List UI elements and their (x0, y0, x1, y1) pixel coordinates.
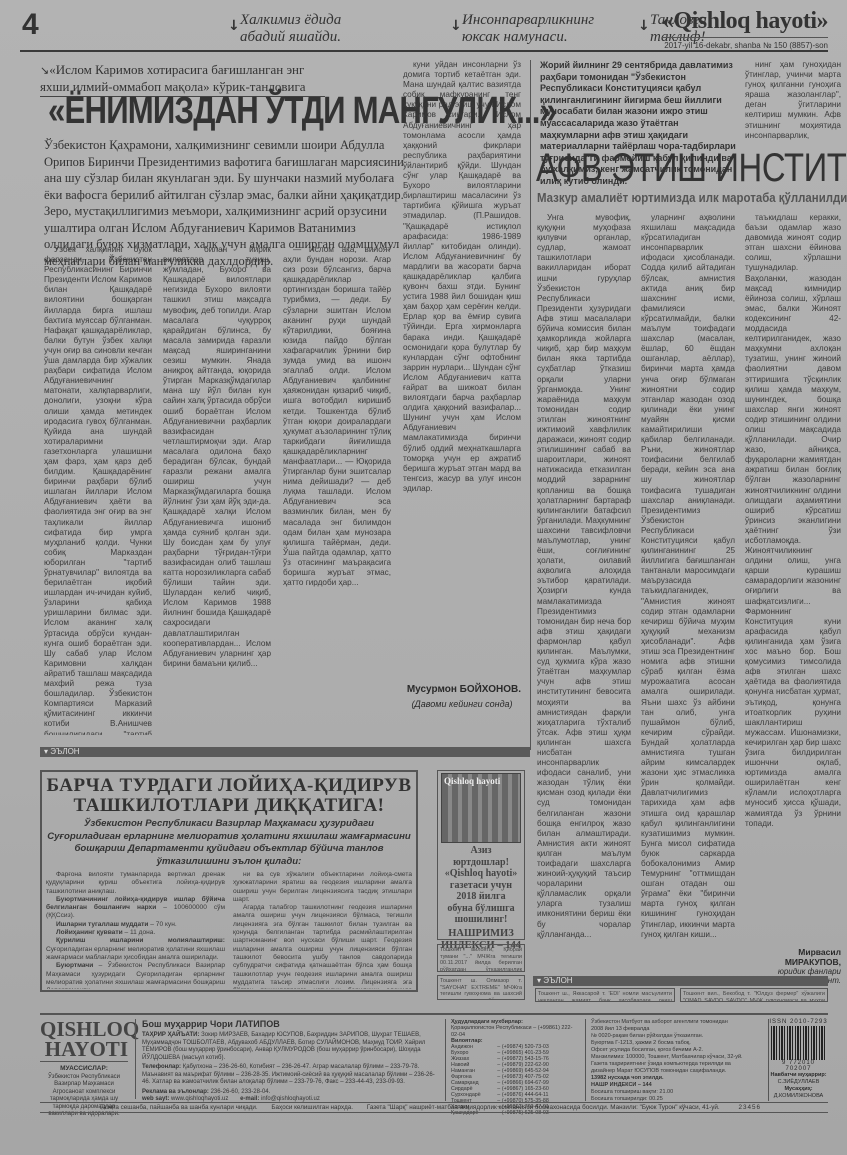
article-intro-aside: нинг ҳам гуноҳидан ўтинглар, учинчи март… (745, 60, 841, 142)
author-signature-right: Мирвасил МИРАКУПОВ, (745, 947, 841, 967)
article-column-3: — Ислом ака, вилоят аҳли бундан норози. … (283, 245, 391, 675)
article-column-2: на билан йирик вилоятлар тузиш, жумладан… (163, 245, 271, 735)
teaser-1[interactable]: Халкимиз ёдида абадий яшайди. (228, 12, 341, 46)
newspaper-thumbnail: Qishloq hayoti (441, 773, 521, 843)
notice-2: Тошкент ш. Олмазор т. "SAYOHAT EXTREME" … (437, 975, 525, 1000)
regional-correspondents: Ҳудудлардаги мухбирлар: Қорақалпоғистон … (445, 1019, 575, 1101)
barcode-block: ISSN 2010-7293 9 772010 702007 Навбатчи … (768, 1019, 828, 1101)
article-right-column-2: уларнинг аҳволини яхшилаш мақсадида кўрс… (641, 213, 735, 970)
article-column-4: куни уйдан инсонларни ўз домига тортиб к… (403, 60, 521, 675)
author-signature: Мусурмон БОЙХОНОВ. (403, 684, 521, 695)
issn: ISSN 2010-7293 (769, 1019, 828, 1025)
imprint: QISHLOQ HAYOTI МУАССИСЛАР: Ўзбекистон Ре… (40, 1013, 828, 1113)
barcode-icon (771, 1026, 827, 1060)
issue-date: 2017-yil 16-dekabr, shanba № 150 (8857)-… (662, 37, 828, 50)
promo-text: Азиз юртдошлар! «Qishloq hayoti» газетас… (440, 845, 522, 926)
continuation-note: (Давоми кейинги сонда) (403, 699, 521, 709)
newspaper-page: 4 Халкимиз ёдида абадий яшайди. Инсонпар… (0, 0, 847, 1155)
column-divider (530, 60, 531, 750)
editorial-board: Бош муҳаррир Чори ЛАТИПОВ ТАҲРИР ҲАЙЪАТИ… (135, 1019, 435, 1099)
article-column-1: Ўзбек халқининг буюк фарзанди, Ўзбекисто… (44, 245, 152, 735)
notice-1: Тошкент вилояти, Қибрай тумани "..." МЧЖ… (437, 944, 525, 972)
announcement-bar-right: ▾ ЭЪЛОН (533, 976, 828, 986)
announcement-bar: ▾ ЭЪЛОН (40, 747, 530, 757)
ad-subtitle: Ўзбекистон Республикаси Вазирлар Маҳкама… (46, 818, 412, 868)
teaser-2[interactable]: Инсонпарварликнинг юксак намунаси. (450, 12, 594, 46)
print-code: 23456 (738, 1103, 761, 1112)
newspaper-name: «Qishloq hayoti» (662, 8, 828, 35)
barcode-digits: 9 772010 702007 (769, 1060, 828, 1072)
article-headline-right: АФВ ЭТИШ ИНСТИТУТИ (536, 146, 847, 191)
notice-3: Тошкент ш., Яккасарой т. 'EDI' номли мас… (535, 988, 675, 1002)
brand: «Qishloq hayoti» 2017-yil 16-dekabr, sha… (662, 8, 828, 50)
ad-body: Фарғона вилояти туманларида вертикал дре… (46, 871, 412, 989)
footer-line: Газета сешанба, пайшанба ва шанба кунлар… (40, 1102, 828, 1113)
masthead: 4 Халкимиз ёдида абадий яшайди. Инсонпар… (20, 6, 828, 52)
ad-left-column: Фарғона вилояти туманларида вертикал дре… (46, 871, 225, 989)
notice-4: Тошкент вил., Бекобод т. "Юлдуз фермер" … (680, 988, 828, 1002)
page-number: 4 (22, 8, 39, 42)
article-signature-block: Мусурмон БОЙХОНОВ. (Давоми кейинги сонда… (403, 680, 521, 709)
chief-editor: Бош муҳаррир Чори ЛАТИПОВ (142, 1019, 435, 1029)
article-subheadline: Мазкур амалиёт юртимизда илк маротаба қў… (537, 190, 847, 205)
article-right-column-1: Унга мувофиқ, қуқуқни муҳофаза қилувчи о… (537, 213, 631, 970)
tender-advertisement: БАРЧА ТУРДАГИ ЛОЙИҲА-ҚИДИРУВ ТАШКИЛОТЛАР… (40, 770, 418, 992)
subscription-promo[interactable]: Qishloq hayoti Азиз юртдошлар! «Qishloq … (437, 770, 525, 940)
article-right-column-3: таъкидлаш керакки, баъзи одамлар жазо да… (745, 213, 841, 918)
ad-right-column: ни ва сув хўжалиги объектларини лойиҳа-с… (233, 871, 412, 989)
print-info: Ўзбекистон Матбуот ва ахборот агентлиги … (585, 1019, 760, 1101)
